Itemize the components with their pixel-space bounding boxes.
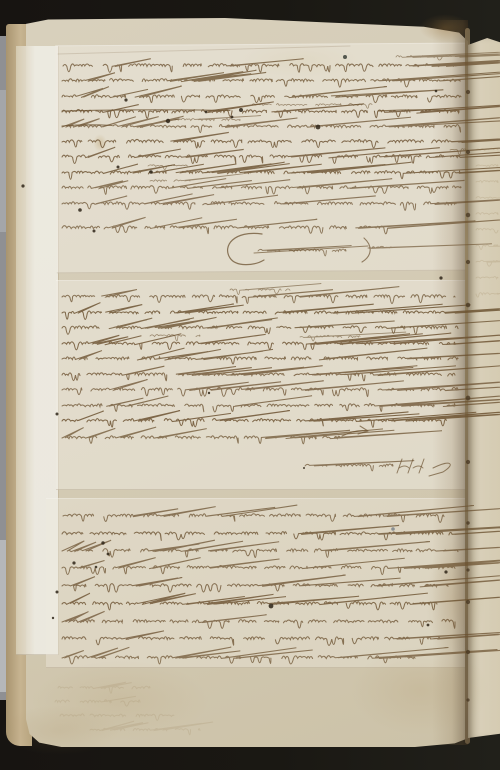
handwritten-line xyxy=(62,593,500,610)
handwritten-line xyxy=(62,611,455,628)
show-through-ghost xyxy=(55,696,140,706)
facing-page-ghost xyxy=(476,257,500,266)
ink-speck xyxy=(205,111,208,114)
ink-speck xyxy=(149,170,153,174)
ink-speck xyxy=(444,570,447,573)
crease-spot xyxy=(466,396,471,401)
handwritten-line xyxy=(62,302,500,319)
ink-speck xyxy=(166,119,170,123)
handwritten-line xyxy=(62,147,500,164)
signature-text xyxy=(258,246,352,256)
sheet-edge-line xyxy=(58,46,350,54)
handwritten-line xyxy=(62,70,500,87)
ink-speck xyxy=(391,527,395,531)
interlinear-insertion xyxy=(150,174,243,182)
ink-speck xyxy=(93,230,96,233)
crease-spot xyxy=(466,650,470,654)
signature-paraph xyxy=(228,233,264,264)
show-through-ghost xyxy=(90,721,213,735)
handwriting-ink-layer xyxy=(0,0,500,770)
signature-paren xyxy=(362,238,370,262)
facing-page-ghost xyxy=(476,195,500,199)
ink-speck xyxy=(439,276,442,279)
handwritten-line xyxy=(62,348,500,364)
signature-tail xyxy=(368,244,492,249)
handwritten-line xyxy=(62,162,500,179)
ink-speck xyxy=(78,208,82,212)
handwritten-line xyxy=(62,558,500,575)
ink-speck xyxy=(107,553,110,556)
ink-speck xyxy=(72,561,75,564)
facing-page-ghost xyxy=(476,277,498,279)
handwritten-line xyxy=(62,647,500,664)
interlinear-insertion xyxy=(150,335,200,341)
ink-speck xyxy=(124,98,127,101)
handwritten-line xyxy=(62,524,500,540)
crease-spot xyxy=(466,260,470,264)
interlinear-insertion xyxy=(175,116,261,121)
crease-spot xyxy=(466,213,470,217)
handwritten-line xyxy=(62,575,500,592)
facing-page-ghost xyxy=(476,165,498,167)
handwritten-line xyxy=(62,217,500,234)
signature-flourish-tail xyxy=(429,463,450,476)
facing-page-ghost xyxy=(476,288,500,297)
handwritten-line xyxy=(62,179,465,195)
ink-speck xyxy=(303,467,305,469)
crease-spot xyxy=(466,303,470,307)
handwritten-line xyxy=(63,505,500,522)
crease-spot xyxy=(466,150,470,154)
handwritten-line xyxy=(62,396,500,412)
handwritten-line xyxy=(62,86,461,103)
ink-speck xyxy=(269,604,274,609)
ink-speck xyxy=(208,392,210,394)
crease-spot xyxy=(466,600,470,604)
ink-speck xyxy=(21,184,24,187)
crease-spot xyxy=(466,698,469,701)
handwritten-line xyxy=(62,333,500,350)
crease-spot xyxy=(466,460,470,464)
handwritten-line xyxy=(62,317,500,334)
facing-page-ghost xyxy=(476,213,498,215)
ink-speck xyxy=(95,566,98,569)
handwritten-line xyxy=(63,57,500,72)
handwritten-line xyxy=(62,380,500,397)
ink-speck xyxy=(231,116,234,119)
facing-page-ghost xyxy=(476,180,498,182)
ink-speck xyxy=(343,55,347,59)
handwritten-line xyxy=(62,411,500,428)
crease-spot xyxy=(466,90,470,94)
facing-page-ghost xyxy=(476,242,500,249)
facing-page-ghost xyxy=(476,228,498,233)
handwritten-line xyxy=(62,540,500,557)
ink-speck xyxy=(52,617,54,619)
handwritten-line xyxy=(62,116,500,132)
handwritten-line xyxy=(62,366,500,381)
signature-initial-loop xyxy=(399,466,423,468)
ink-speck xyxy=(239,108,243,112)
ink-speck xyxy=(56,413,59,416)
strikethrough-stroke xyxy=(62,110,230,111)
handwritten-line xyxy=(62,427,442,444)
manuscript-photo xyxy=(0,0,500,770)
ink-speck xyxy=(117,166,120,169)
show-through-ghost xyxy=(60,714,174,721)
show-through-ghost xyxy=(58,682,150,693)
handwritten-line xyxy=(62,629,500,646)
handwritten-line xyxy=(62,132,500,147)
crease-spot xyxy=(466,568,469,571)
ink-speck xyxy=(427,624,430,627)
handwritten-line xyxy=(62,194,500,210)
crease-spot xyxy=(466,521,469,524)
ink-speck xyxy=(101,541,104,544)
interlinear-insertion xyxy=(230,284,321,295)
interlinear-insertion xyxy=(396,50,500,60)
ink-speck xyxy=(56,591,59,594)
ink-speck xyxy=(435,90,438,93)
ink-speck xyxy=(316,125,321,130)
